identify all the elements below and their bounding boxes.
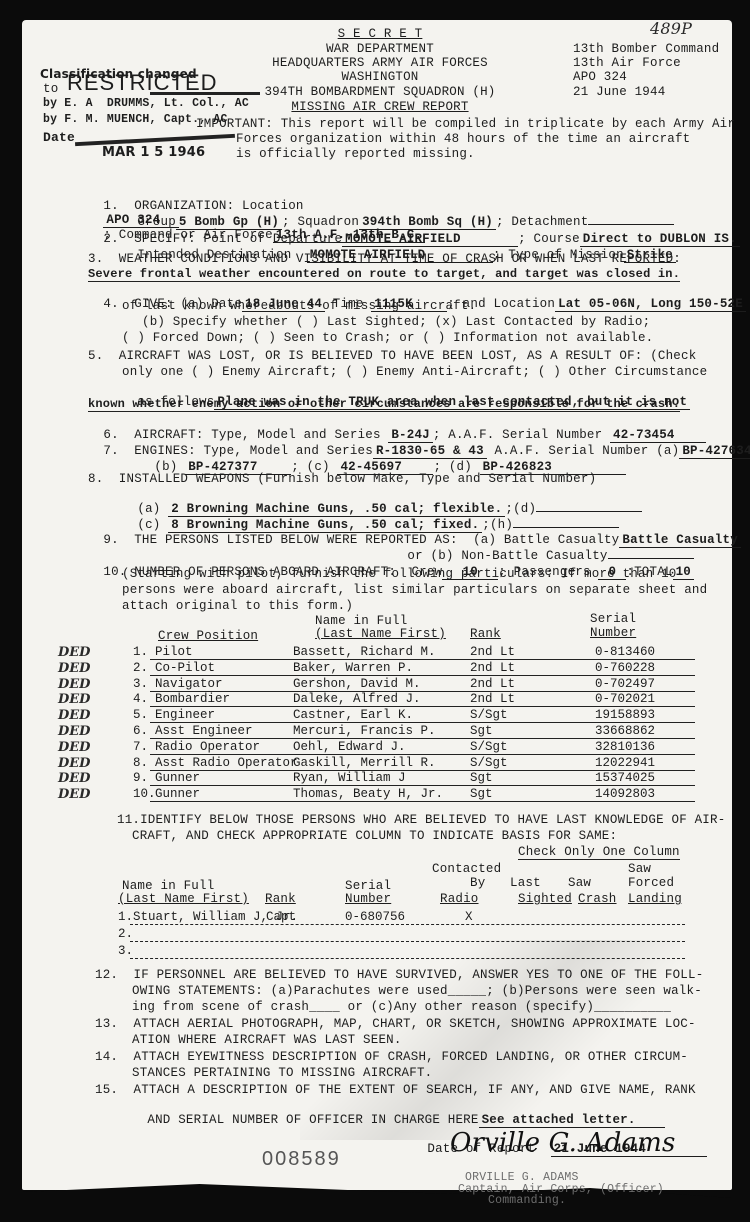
restricted-stamp: RESTRICTED: [67, 76, 218, 90]
crew-mark: DED: [58, 677, 90, 692]
i11-h-serial-2: Number: [345, 892, 391, 906]
item12-line2: OWING STATEMENTS: (a)Parachutes were use…: [132, 984, 702, 998]
crew-serial: 14092803: [595, 787, 655, 801]
crew-rank: 2nd Lt: [470, 677, 515, 691]
crew-number: 8.: [133, 756, 148, 770]
crew-name: Castner, Earl K.: [293, 708, 413, 722]
position-field: Lat 05-06N, Long 150-52E: [555, 297, 746, 312]
crew-mark: DED: [58, 661, 90, 676]
i11-rank: Capt: [266, 910, 296, 924]
i11-h-radio: Radio: [440, 892, 479, 906]
row-rule: [130, 958, 685, 959]
i11-number: 3.: [118, 944, 133, 958]
row-rule: [130, 941, 685, 942]
crew-position: Bombardier: [155, 692, 230, 706]
secret-label: S E C R E T: [280, 27, 480, 41]
crew-mark: DED: [58, 692, 90, 707]
item7-row2: (b) BP-427377; (c) 42-45697; (d) BP-4268…: [139, 446, 626, 475]
city-label: WASHINGTON: [280, 70, 480, 84]
crew-rank: S/Sgt: [470, 740, 508, 754]
crew-name: Oehl, Edward J.: [293, 740, 406, 754]
i11-h-contacted-2: By: [470, 876, 485, 890]
crew-number: 3.: [133, 677, 148, 691]
item11-line1: 11.IDENTIFY BELOW THOSE PERSONS WHO ARE …: [117, 813, 725, 827]
crew-mark: DED: [58, 740, 90, 755]
crew-position: Gunner: [155, 771, 200, 785]
crew-serial: 0-760228: [595, 661, 655, 675]
hq-label: HEADQUARTERS ARMY AIR FORCES: [250, 56, 510, 70]
i11-h-serial-1: Serial: [345, 879, 391, 893]
stamp-to-label: to: [43, 82, 58, 96]
crew-position: Navigator: [155, 677, 223, 691]
crew-name: Baker, Warren P.: [293, 661, 413, 675]
dept-label: WAR DEPARTMENT: [280, 42, 480, 56]
crew-mark: DED: [58, 645, 90, 660]
document-number: 008589: [262, 1152, 341, 1166]
weather-field: Severe frontal weather encountered on ro…: [88, 267, 680, 282]
crew-number: 9.: [133, 771, 148, 785]
crew-name: Daleke, Alfred J.: [293, 692, 421, 706]
item10-line4: attach original to this form.): [122, 599, 353, 613]
item4-line4: ( ) Forced Down; ( ) Seen to Crash; or (…: [122, 331, 653, 345]
crew-rank: 2nd Lt: [470, 661, 515, 675]
check-only-one: Check Only One Column: [518, 845, 680, 860]
signer-role: Commanding.: [488, 1194, 566, 1208]
crew-header-position: Crew Position: [158, 629, 258, 643]
i11-h-saw-1: Saw: [568, 876, 591, 890]
item10-line2: (Starting with pilot, furnish the follow…: [122, 567, 677, 581]
stamp-strike: [150, 92, 260, 95]
crew-serial: 15374025: [595, 771, 655, 785]
item15-line2: AND SERIAL NUMBER OF OFFICER IN CHARGE H…: [132, 1099, 665, 1128]
crew-position: Pilot: [155, 645, 193, 659]
crew-rank: Sgt: [470, 724, 493, 738]
circumstance-field-2: known whether enemy action or other circ…: [88, 397, 680, 412]
crew-serial: 0-813460: [595, 645, 655, 659]
crew-position: Asst Engineer: [155, 724, 253, 738]
i11-h-crash: Crash: [578, 892, 617, 906]
item5-line1: 5. AIRCRAFT WAS LOST, OR IS BELIEVED TO …: [88, 349, 696, 363]
item14-line1: 14. ATTACH EYEWITNESS DESCRIPTION OF CRA…: [95, 1050, 688, 1064]
crew-name: Gershon, David M.: [293, 677, 421, 691]
stamp-date-value: MAR 1 5 1946: [102, 146, 205, 160]
crew-mark: DED: [58, 708, 90, 723]
crew-rank: 2nd Lt: [470, 645, 515, 659]
i11-serial: 0-680756: [345, 910, 405, 924]
crew-name: Ryan, William J: [293, 771, 406, 785]
crew-serial: 19158893: [595, 708, 655, 722]
crew-name: Mercuri, Francis P.: [293, 724, 436, 738]
item13-line2: ATION WHERE AIRCRAFT WAS LAST SEEN.: [132, 1033, 402, 1047]
handwritten-number: 489P: [650, 22, 692, 36]
crew-header-serial-1: Serial: [590, 612, 636, 626]
search-description-field: See attached letter.: [479, 1113, 665, 1128]
crew-number: 5.: [133, 708, 148, 722]
crew-serial: 0-702021: [595, 692, 655, 706]
item13-line1: 13. ATTACH AERIAL PHOTOGRAPH, MAP, CHART…: [95, 1017, 696, 1031]
crew-position: Co-Pilot: [155, 661, 215, 675]
engine-a-field: BP-427634: [679, 444, 750, 459]
i11-number: 1.: [118, 910, 133, 924]
i11-h-contacted-1: Contacted: [432, 862, 501, 876]
stamp-by-1: by E. A DRUMMS, Lt. Col., AC: [43, 97, 249, 111]
crew-header-name-2: (Last Name First): [315, 627, 446, 641]
i11-h-rank: Rank: [265, 892, 296, 906]
i11-h-forced-2: Forced: [628, 876, 674, 890]
table-row: 3.: [0, 944, 750, 962]
i11-h-name-2: (Last Name First): [118, 892, 249, 906]
item8-label: 8. INSTALLED WEAPONS (Furnish below Make…: [88, 472, 596, 486]
crew-rank: S/Sgt: [470, 708, 508, 722]
crew-name: Bassett, Richard M.: [293, 645, 436, 659]
crew-rank: Sgt: [470, 787, 493, 801]
crew-mark: DED: [58, 771, 90, 786]
important-line-2: Forces organization within 48 hours of t…: [236, 132, 690, 146]
item3-label: 3. WEATHER CONDITIONS AND VISIBILITY AT …: [88, 252, 681, 266]
crew-number: 6.: [133, 724, 148, 738]
i11-number: 2.: [118, 927, 133, 941]
crew-position: Asst Radio Operator: [155, 756, 298, 770]
crew-serial: 0-702497: [595, 677, 655, 691]
i11-h-landing: Landing: [628, 892, 682, 906]
i11-h-name-1: Name in Full: [122, 879, 214, 893]
crew-mark: DED: [58, 724, 90, 739]
crew-mark: DED: [58, 787, 90, 802]
signer-paren: (Officer): [600, 1183, 664, 1197]
crew-number: 10.: [133, 787, 156, 801]
important-line-3: is officially reported missing.: [236, 147, 475, 161]
crew-rank: Sgt: [470, 771, 493, 785]
item12-line1: 12. IF PERSONNEL ARE BELIEVED TO HAVE SU…: [95, 968, 703, 982]
item15-line1: 15. ATTACH A DESCRIPTION OF THE EXTENT O…: [95, 1083, 696, 1097]
row-rule: [130, 924, 685, 925]
crew-name: Gaskill, Merrill R.: [293, 756, 436, 770]
crew-header-serial-2: Number: [590, 626, 636, 640]
report-title: MISSING AIR CREW REPORT: [250, 100, 510, 114]
crew-header-name-1: Name in Full: [315, 614, 407, 628]
crew-rank: S/Sgt: [470, 756, 508, 770]
item11-line2: CRAFT, AND CHECK APPROPRIATE COLUMN TO I…: [132, 829, 617, 843]
header-right-4: 21 June 1944: [573, 85, 665, 99]
important-line-1: IMPORTANT: This report will be compiled …: [196, 117, 735, 131]
crew-mark: DED: [58, 756, 90, 771]
signature: Orville G. Adams: [450, 1136, 676, 1150]
item14-line2: STANCES PERTAINING TO MISSING AIRCRAFT.: [132, 1066, 432, 1080]
crew-header-rank: Rank: [470, 627, 501, 641]
crew-number: 4.: [133, 692, 148, 706]
item4-line3: (b) Specify whether ( ) Last Sighted; (x…: [142, 315, 650, 329]
i11-h-last-1: Last: [510, 876, 541, 890]
i11-h-forced-1: Saw: [628, 862, 651, 876]
crew-number: 2.: [133, 661, 148, 675]
row-rule: [150, 801, 695, 802]
item10-line3: persons were aboard aircraft, list simil…: [122, 583, 707, 597]
table-row: 1.Stuart, William J, Jr.Capt0-680756X: [0, 910, 750, 928]
header-right-2: 13th Air Force: [573, 56, 681, 70]
header-right-3: APO 324: [573, 70, 627, 84]
crew-rank: 2nd Lt: [470, 692, 515, 706]
i11-h-sighted: Sighted: [518, 892, 572, 906]
crew-number: 7.: [133, 740, 148, 754]
i11-radio-mark: X: [465, 910, 473, 924]
crew-serial: 32810136: [595, 740, 655, 754]
item12-line3: ing from scene of crash____ or (c)Any ot…: [132, 1000, 671, 1014]
squadron-label: 394TH BOMBARDMENT SQUADRON (H): [250, 85, 510, 99]
table-row: DED10.GunnerThomas, Beaty H, Jr.Sgt14092…: [0, 787, 750, 805]
crew-number: 1.: [133, 645, 148, 659]
crew-serial: 33668862: [595, 724, 655, 738]
item4-line2: of last known whereabouts of missing air…: [122, 299, 476, 313]
header-right-1: 13th Bomber Command: [573, 42, 719, 56]
stamp-date-label: Date: [43, 131, 75, 145]
crew-position: Radio Operator: [155, 740, 260, 754]
crew-position: Gunner: [155, 787, 200, 801]
crew-position: Engineer: [155, 708, 215, 722]
table-row: 2.: [0, 927, 750, 945]
crew-name: Thomas, Beaty H, Jr.: [293, 787, 443, 801]
crew-serial: 12022941: [595, 756, 655, 770]
item5-line2: only one ( ) Enemy Aircraft; ( ) Enemy A…: [122, 365, 707, 379]
